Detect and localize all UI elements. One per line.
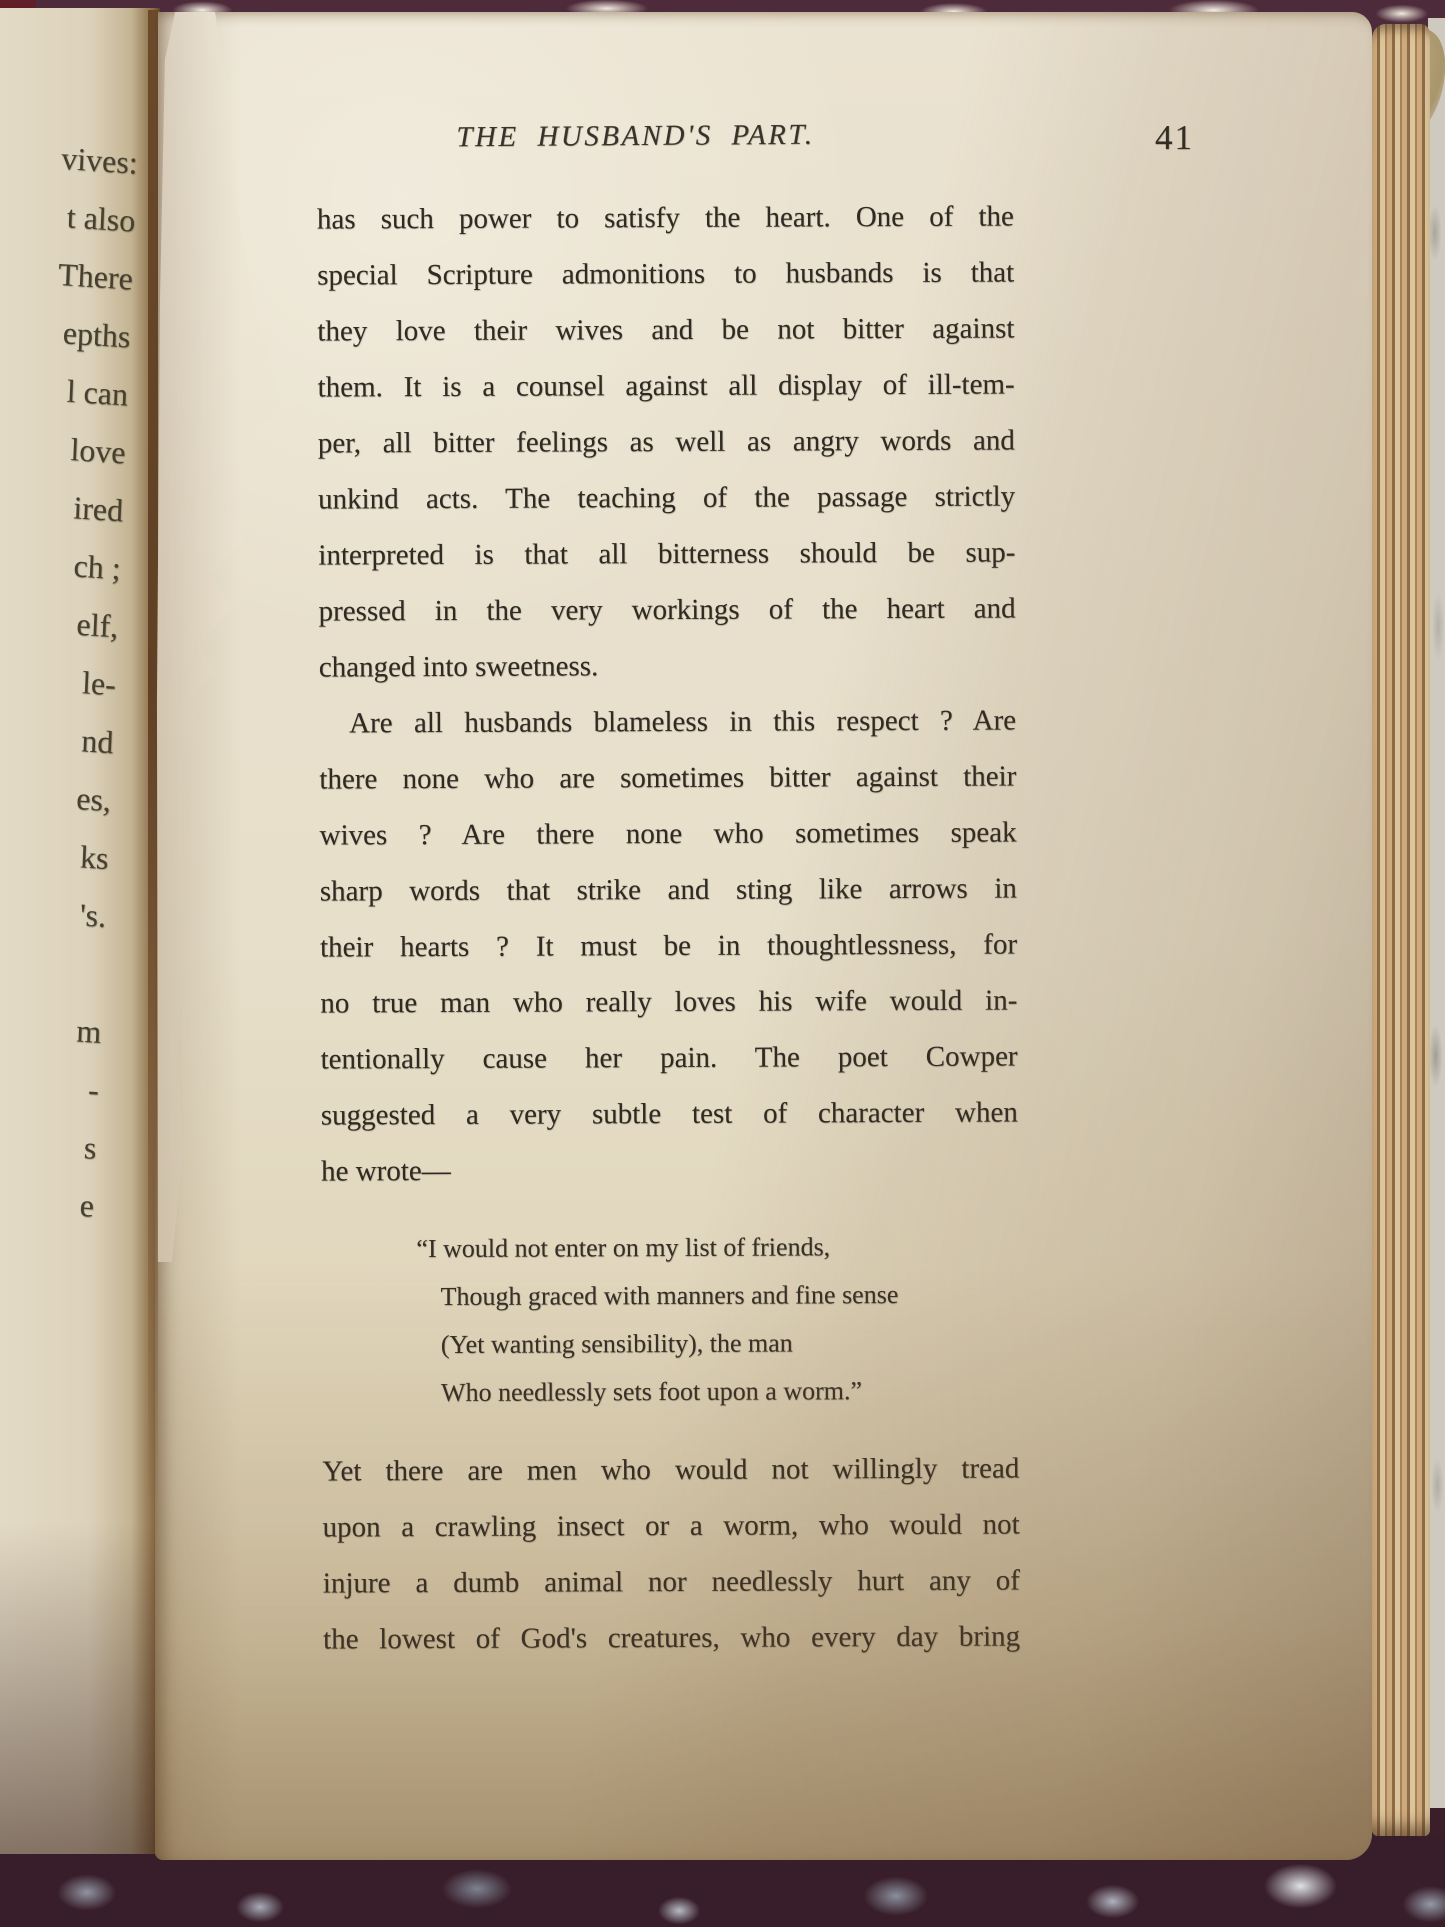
text-line: elf, <box>0 587 119 656</box>
text-line: Though graced with manners and fine sens… <box>417 1270 1019 1321</box>
text-line: l can <box>0 355 129 424</box>
text-line: he wrote— <box>321 1140 1018 1199</box>
text-line: their hearts ? It must be in thoughtless… <box>320 916 1017 975</box>
page-header: THE HUSBAND'S PART. <box>320 120 1017 153</box>
text-line: there none who are sometimes bitter agai… <box>319 748 1016 807</box>
fore-edge-page-stack <box>1372 24 1430 1836</box>
gutter-shadow-line <box>148 10 158 1510</box>
text-line: ired <box>0 471 124 540</box>
page-number: 41 <box>1155 118 1235 158</box>
text-line: they love their wives and be not bitter … <box>317 300 1014 359</box>
text-line: le- <box>0 645 117 714</box>
text-line: ch ; <box>0 529 122 598</box>
text-line: suggested a very subtle test of characte… <box>321 1084 1018 1143</box>
text-line: has such power to satisfy the heart. One… <box>317 188 1014 247</box>
text-line: t also <box>0 181 136 250</box>
text-line: 's. <box>0 877 107 946</box>
text-line: love <box>0 413 127 482</box>
text-line: tentionally cause her pain. The poet Cow… <box>320 1028 1017 1087</box>
text-line <box>0 934 105 1003</box>
text-line: per, all bitter feelings as well as angr… <box>318 412 1015 471</box>
text-line: sharp words that strike and sting like a… <box>320 860 1017 919</box>
text-line: injure a dumb animal nor needlessly hurt… <box>323 1552 1020 1611</box>
text-line: pressed in the very workings of the hear… <box>318 580 1015 639</box>
text-line: m <box>0 992 102 1061</box>
text-line: s <box>0 1108 98 1177</box>
paragraph-1: has such power to satisfy the heart. One… <box>317 188 1016 695</box>
text-line: special Scripture admonitions to husband… <box>317 244 1014 303</box>
text-line: - <box>0 1050 100 1119</box>
book-page: THE HUSBAND'S PART. 41 has such power to… <box>155 12 1372 1860</box>
text-line: (Yet wanting sensibility), the man <box>417 1318 1019 1369</box>
book-photo-scene: vives:t alsoThereepthsl canloveiredch ;e… <box>0 0 1445 1927</box>
text-line: There <box>0 239 134 308</box>
text-line: Are all husbands blameless in this respe… <box>319 692 1016 751</box>
text-line: them. It is a counsel against all displa… <box>318 356 1015 415</box>
text-line: “I would not enter on my list of friends… <box>416 1222 1018 1273</box>
paragraph-2: Are all husbands blameless in this respe… <box>319 692 1018 1199</box>
paragraph-3: Yet there are men who would not willingl… <box>322 1440 1020 1667</box>
text-line: Who needlessly sets foot upon a worm.” <box>417 1366 1019 1417</box>
page-body-text: has such power to satisfy the heart. One… <box>317 188 1020 1667</box>
text-line: Yet there are men who would not willingl… <box>322 1440 1019 1499</box>
text-line: epths <box>0 297 132 366</box>
running-title: THE HUSBAND'S PART. <box>287 118 984 156</box>
text-line: no true man who really loves his wife wo… <box>320 972 1017 1031</box>
text-line: vives: <box>0 123 139 192</box>
text-line: interpreted is that all bitterness shoul… <box>318 524 1015 583</box>
text-line: unkind acts. The teaching of the passage… <box>318 468 1015 527</box>
marbled-cover-edge <box>1428 18 1445 1808</box>
text-line: nd <box>0 703 115 772</box>
text-line: upon a crawling insect or a worm, who wo… <box>322 1496 1019 1555</box>
text-line: wives ? Are there none who sometimes spe… <box>319 804 1016 863</box>
text-line: e <box>0 1166 95 1235</box>
text-line: the lowest of God's creatures, who every… <box>323 1608 1020 1667</box>
text-line: es, <box>0 761 112 830</box>
text-line: changed into sweetness. <box>319 636 1016 695</box>
text-line: ks <box>0 819 110 888</box>
cowper-poem-quote: “I would not enter on my list of friends… <box>416 1222 1019 1417</box>
